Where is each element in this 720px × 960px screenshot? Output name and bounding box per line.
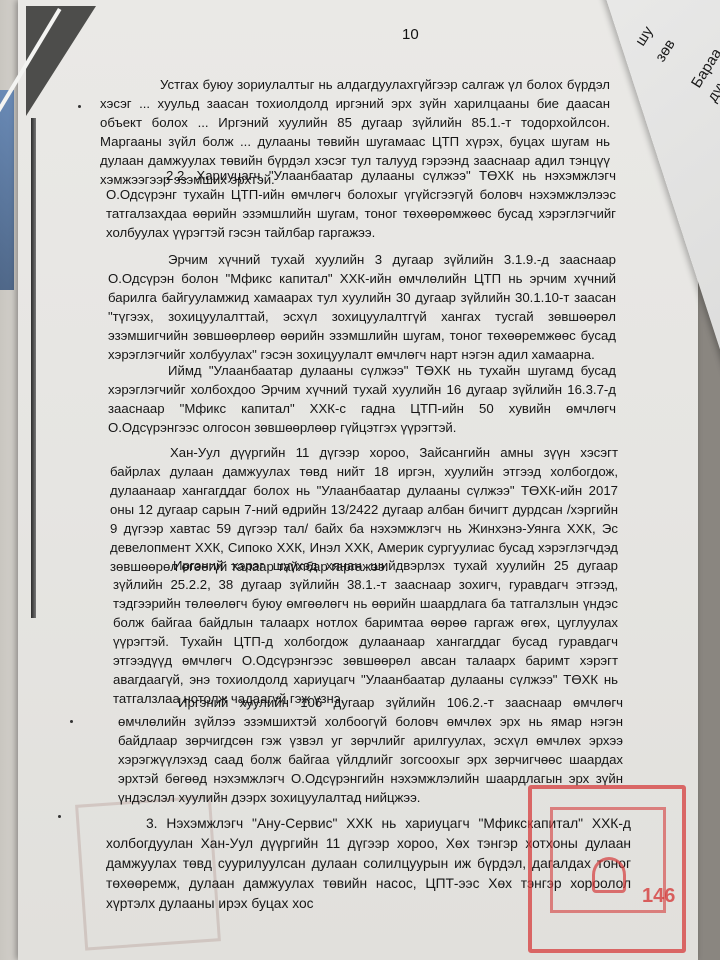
binding-shadow — [26, 6, 96, 116]
page-number: 10 — [402, 26, 419, 43]
speck — [78, 105, 81, 108]
document-page: 10 Устгах буюу зориулалтыг нь алдагдуула… — [18, 0, 698, 960]
blue-folder-edge — [0, 90, 14, 290]
speck — [70, 720, 73, 723]
stamp-number: 146 — [642, 885, 675, 908]
paragraph-2: 2.2. Хариуцагч "Улаанбаатар дулааны сүлж… — [106, 166, 616, 242]
emblem-icon — [592, 857, 626, 893]
speck — [58, 815, 61, 818]
paragraph-6: Иргэний хэрэг шүүхэд хянан шийдвэрлэх ту… — [113, 556, 618, 708]
paragraph-3: Эрчим хүчний тухай хуулийн 3 дугаар зүйл… — [108, 250, 616, 364]
binding-edge — [31, 118, 36, 618]
official-stamp: 146 — [528, 785, 686, 953]
paragraph-4: Иймд "Улаанбаатар дулааны сүлжээ" ТӨХК н… — [108, 361, 616, 437]
